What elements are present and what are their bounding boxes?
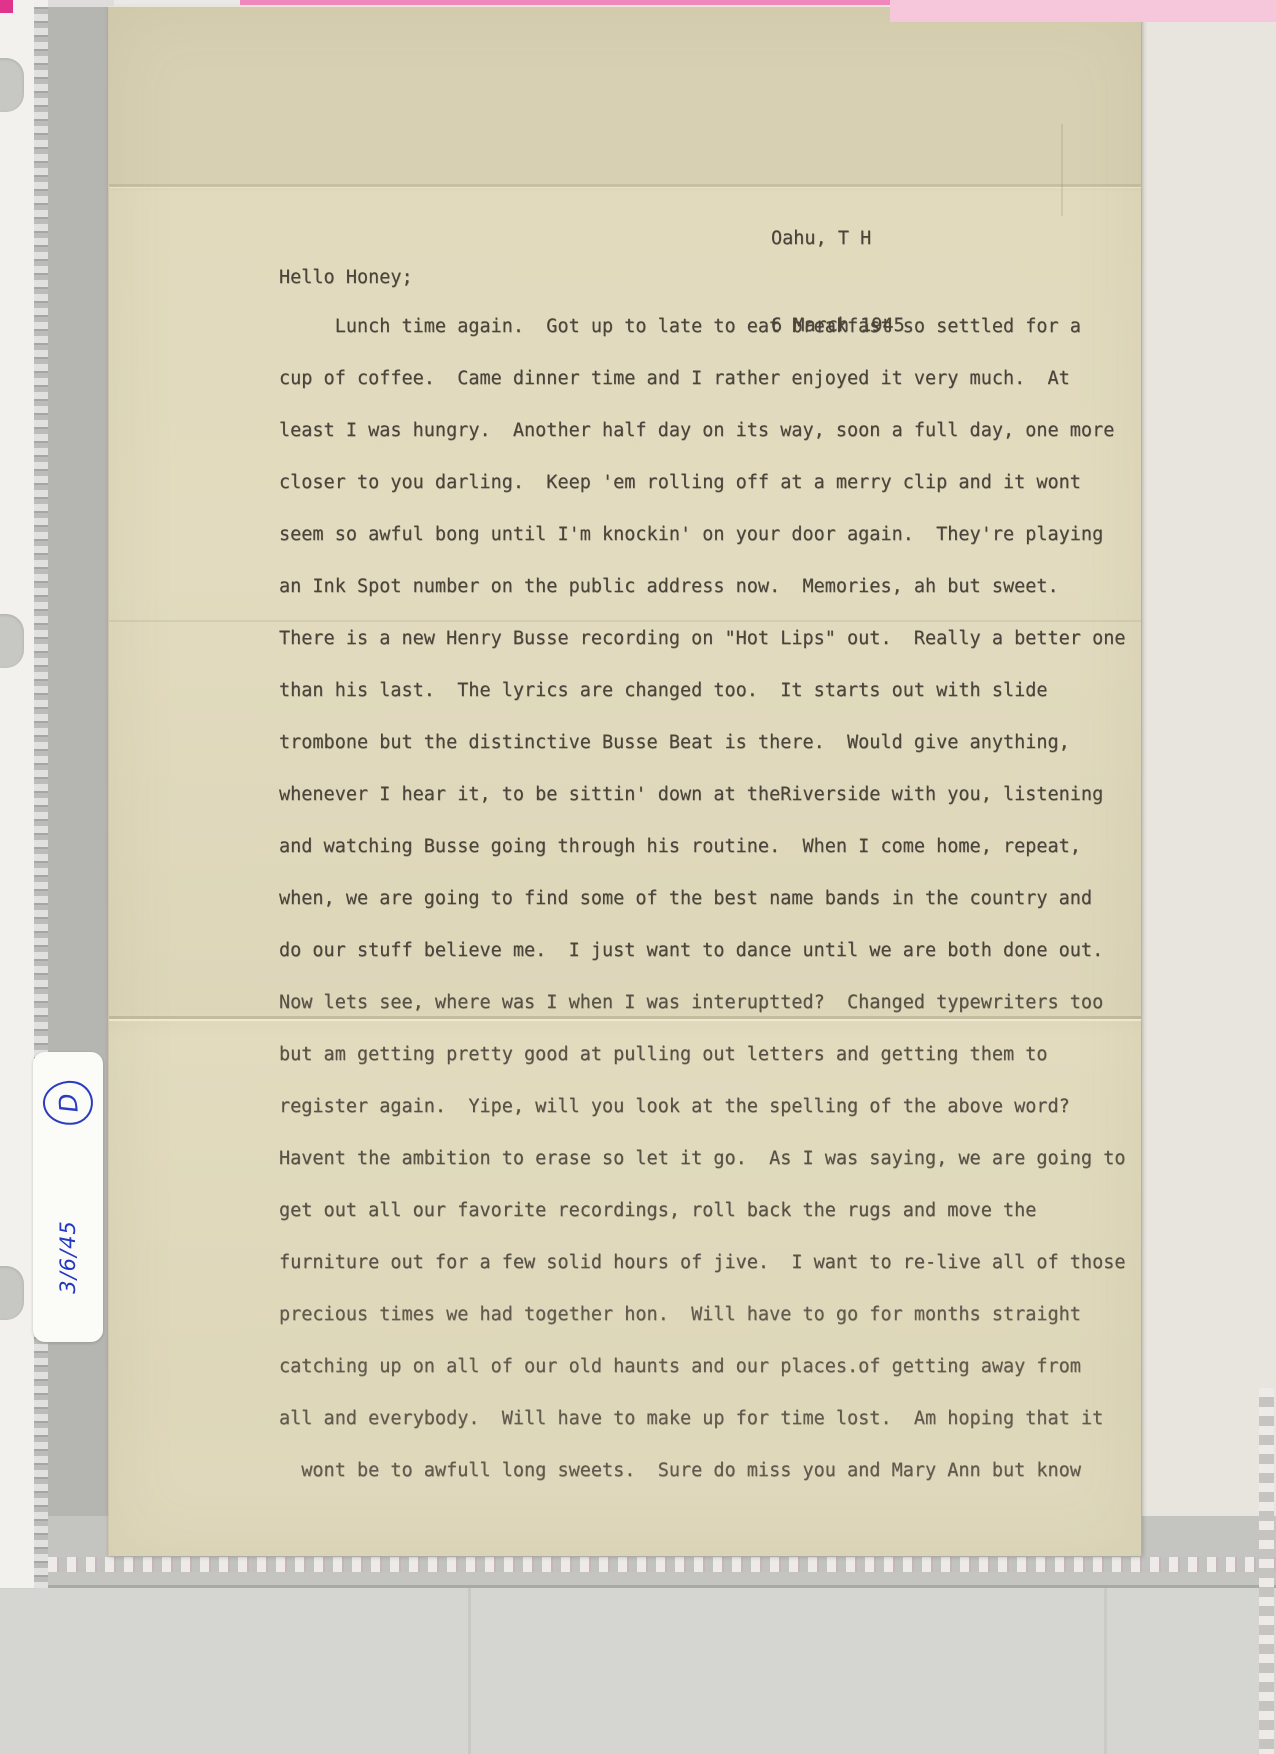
- letter-body: Lunch time again. Got up to late to eat …: [279, 316, 1125, 1512]
- scanner-background: [0, 1588, 1276, 1754]
- letter-place: Oahu, T H: [771, 224, 905, 253]
- background-crease: [1104, 1588, 1107, 1754]
- label-date: 3/6/45: [56, 1202, 80, 1312]
- letter-line: wont be to awfull long sweets. Sure do m…: [279, 1460, 1125, 1512]
- letter-line: whenever I hear it, to be sittin' down a…: [279, 784, 1125, 836]
- archival-label-sticker: D 3/6/45: [33, 1052, 103, 1342]
- sleeve-bottom-edge: [0, 1585, 1276, 1588]
- letter-line: catching up on all of our old haunts and…: [279, 1356, 1125, 1408]
- letter-line: closer to you darling. Keep 'em rolling …: [279, 472, 1125, 524]
- scan-corner-mark: [0, 0, 13, 13]
- letter-line: furniture out for a few solid hours of j…: [279, 1252, 1125, 1304]
- letter-page: Oahu, T H 6 March 1945 Hello Honey; Lunc…: [108, 6, 1142, 1556]
- letter-line: least I was hungry. Another half day on …: [279, 420, 1125, 472]
- binder-hole: [0, 614, 24, 668]
- sleeve-binding-strip: [0, 0, 34, 1588]
- fold-line: [1061, 124, 1063, 216]
- sleeve-weld-seam-vertical: [34, 0, 48, 1588]
- sleeve-weld-seam-right: [1259, 1388, 1274, 1754]
- letter-line: but am getting pretty good at pulling ou…: [279, 1044, 1125, 1096]
- letter-line: get out all our favorite recordings, rol…: [279, 1200, 1125, 1252]
- binder-hole: [0, 58, 24, 112]
- label-letter: D: [53, 1092, 84, 1114]
- letter-line: There is a new Henry Busse recording on …: [279, 628, 1125, 680]
- letter-line: all and everybody. Will have to make up …: [279, 1408, 1125, 1460]
- letter-line: Havent the ambition to erase so let it g…: [279, 1148, 1125, 1200]
- sleeve-weld-seam-bottom: [48, 1557, 1276, 1572]
- letter-line: Lunch time again. Got up to late to eat …: [279, 316, 1125, 368]
- letter-line: Now lets see, where was I when I was int…: [279, 992, 1125, 1044]
- binder-hole: [0, 1266, 24, 1320]
- letter-line: precious times we had together hon. Will…: [279, 1304, 1125, 1356]
- scan-top-right-pink: [890, 0, 1276, 22]
- label-circled-letter: D: [41, 1079, 95, 1127]
- letter-line: when, we are going to find some of the b…: [279, 888, 1125, 940]
- letter-line: do our stuff believe me. I just want to …: [279, 940, 1125, 992]
- letter-line: and watching Busse going through his rou…: [279, 836, 1125, 888]
- background-crease: [468, 1588, 471, 1754]
- sleeve-right-margin: [1140, 0, 1276, 1588]
- fold-line: [109, 184, 1141, 187]
- letter-line: seem so awful bong until I'm knockin' on…: [279, 524, 1125, 576]
- letter-line: trombone but the distinctive Busse Beat …: [279, 732, 1125, 784]
- letter-line: than his last. The lyrics are changed to…: [279, 680, 1125, 732]
- letter-line: an Ink Spot number on the public address…: [279, 576, 1125, 628]
- scanned-letter-in-sleeve: Oahu, T H 6 March 1945 Hello Honey; Lunc…: [0, 0, 1276, 1754]
- letter-line: register again. Yipe, will you look at t…: [279, 1096, 1125, 1148]
- letter-line: cup of coffee. Came dinner time and I ra…: [279, 368, 1125, 420]
- letter-salutation: Hello Honey;: [279, 267, 413, 288]
